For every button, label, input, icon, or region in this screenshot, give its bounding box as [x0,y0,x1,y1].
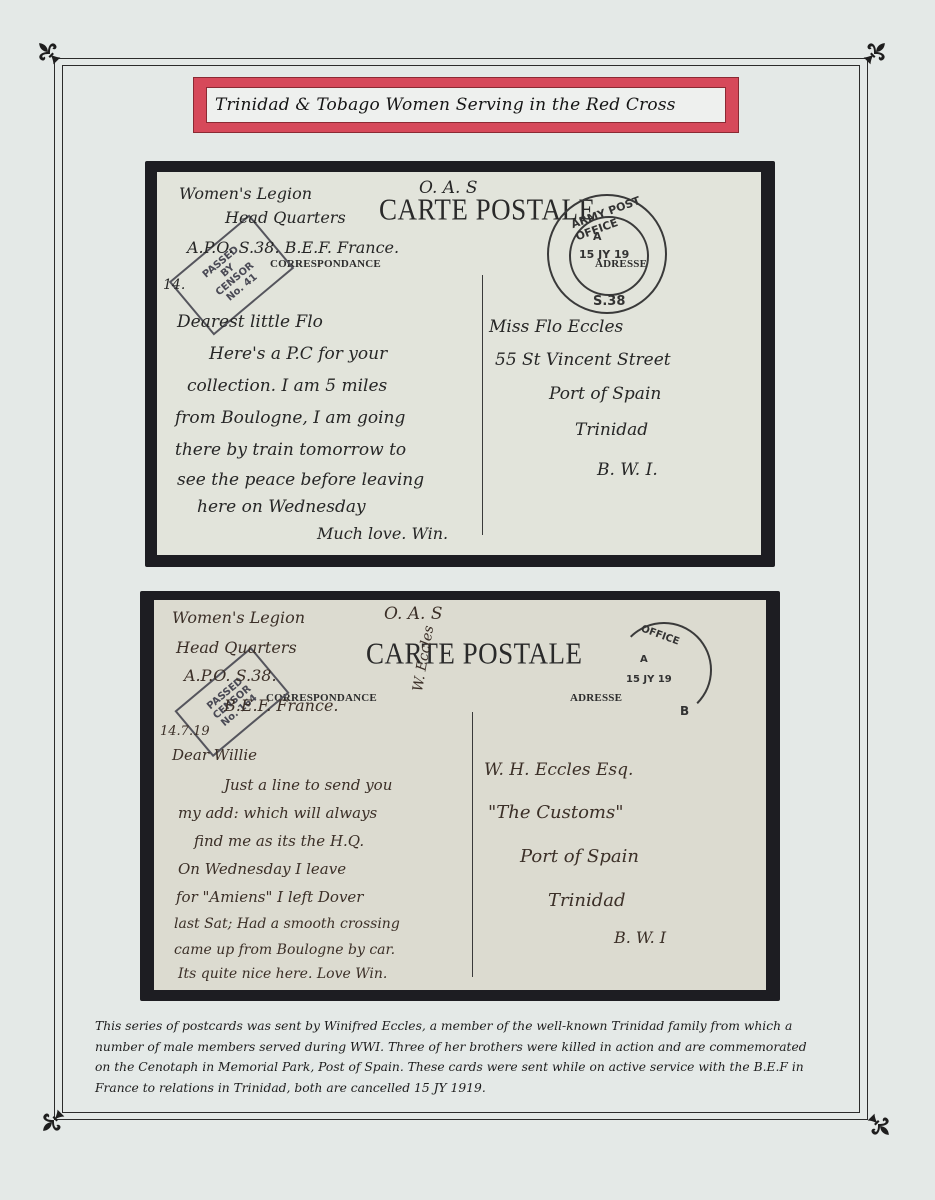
page-title-banner: Trinidad & Tobago Women Serving in the R… [193,77,739,133]
address-line: "The Customs" [488,802,624,823]
army-post-office-postmark: ARMY POST OFFICE A 15 JY 19 S.38 [547,194,667,314]
message-line: Dear Willie [172,746,257,764]
caption-line: number of male members served during WWI… [95,1037,855,1058]
message-line: there by train tomorrow to [175,440,406,460]
message-line: collection. I am 5 miles [187,376,387,396]
oas-annotation: O. A. S [419,178,477,198]
message-line: for "Amiens" I left Dover [176,888,363,906]
address-line: Miss Flo Eccles [489,317,623,337]
postcard-2: CARTE POSTALE CORRESPONDANCE ADRESSE OFF… [154,600,766,990]
message-line: Here's a P.C for your [209,344,387,364]
page-title-panel: Trinidad & Tobago Women Serving in the R… [206,87,726,123]
date-written: 14.7.19 [160,724,210,739]
message-line: Just a line to send you [224,776,392,794]
message-line: here on Wednesday [197,497,366,517]
address-line: B. W. I [614,928,666,947]
oas-annotation: O. A. S [384,604,442,624]
caption-line: France to relations in Trinidad, both ar… [95,1078,855,1099]
message-signoff: Its quite nice here. Love Win. [178,966,387,982]
sender-line: B.E.F. France. [224,696,339,715]
postcard-mount-2: CARTE POSTALE CORRESPONDANCE ADRESSE OFF… [140,591,780,1001]
army-post-office-postmark: OFFICE A 15 JY 19 B [616,622,712,718]
card-divider-line [482,275,483,535]
message-signoff: Much love. Win. [317,524,448,543]
message-line: my add: which will always [178,804,377,822]
printed-address-label: ADRESSE [570,692,622,704]
sender-line: Women's Legion [172,608,305,627]
sender-line: Head Quarters [176,638,297,657]
page-title: Trinidad & Tobago Women Serving in the R… [215,95,676,115]
sender-line: Head Quarters [225,208,346,227]
sender-line: Women's Legion [179,184,312,203]
message-line: On Wednesday I leave [178,860,346,878]
address-line: Port of Spain [549,384,661,404]
address-line: Port of Spain [520,846,639,867]
address-line: B. W. I. [597,460,658,480]
message-line: from Boulogne, I am going [175,408,405,428]
printed-header: CARTE POSTALE [366,636,582,672]
caption-line: on the Cenotaph in Memorial Park, Post o… [95,1057,855,1078]
sender-line: A.P.O. S.38. [184,666,277,685]
card-divider-line [472,712,473,977]
postcard-mount-1: CARTE POSTALE CORRESPONDANCE ADRESSE ARM… [145,161,775,567]
address-line: Trinidad [575,420,648,440]
caption-line: This series of postcards was sent by Win… [95,1016,855,1037]
message-line: see the peace before leaving [177,470,424,490]
marginal-note: 14. [163,277,185,293]
postcard-1: CARTE POSTALE CORRESPONDANCE ADRESSE ARM… [157,172,761,555]
address-line: 55 St Vincent Street [495,350,671,370]
caption-paragraph: This series of postcards was sent by Win… [95,1016,855,1098]
address-line: W. H. Eccles Esq. [484,760,633,780]
sender-line: A.P.O. S.38. B.E.F. France. [187,238,399,257]
message-line: Dearest little Flo [177,312,323,332]
address-line: Trinidad [548,890,626,911]
message-line: find me as its the H.Q. [194,832,364,850]
message-line: last Sat; Had a smooth crossing [174,916,400,932]
message-line: came up from Boulogne by car. [174,942,395,958]
